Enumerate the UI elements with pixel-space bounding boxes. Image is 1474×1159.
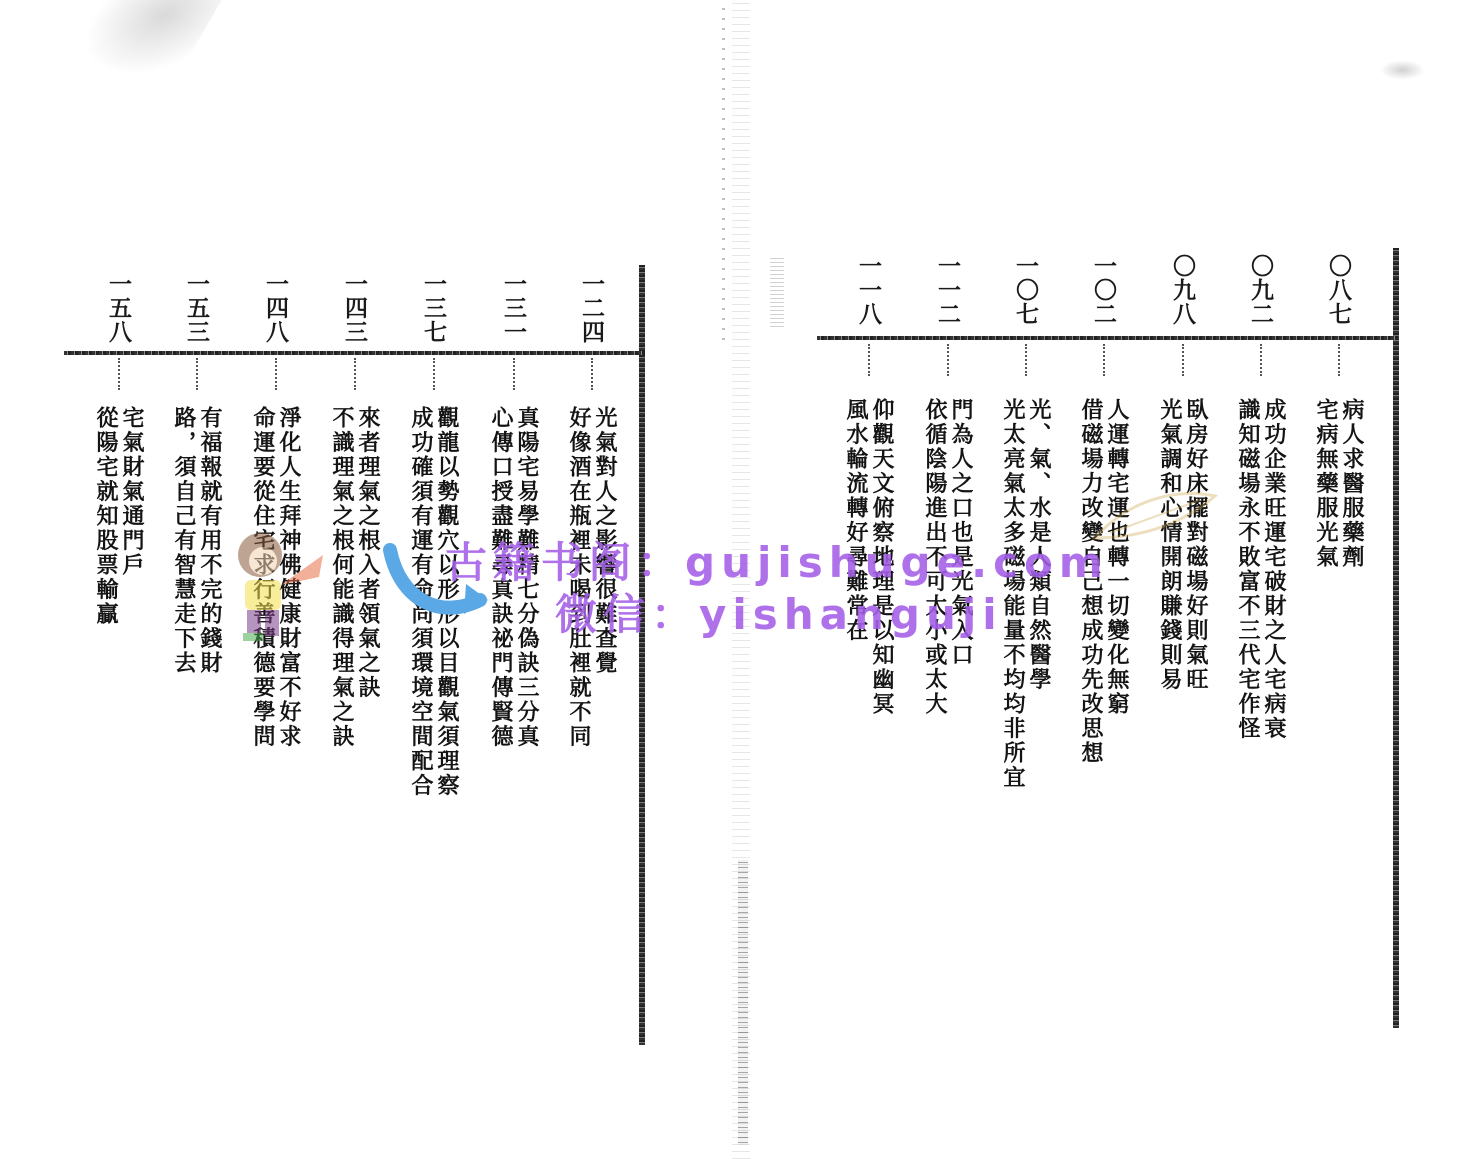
page-number: 〇八七 (1326, 254, 1350, 326)
entry-text-line: 病人求醫服藥劑 (1338, 398, 1364, 570)
entry-text-line: 好像酒在瓶裡未喝到肚裡就不同 (565, 406, 591, 749)
dotted-leader (513, 358, 515, 390)
entry-text-line: 來者理氣之根入者領氣之訣 (354, 406, 380, 700)
entry-text-line: 借磁場力改變自己想成功先改思想 (1077, 398, 1103, 766)
entry-text-line: 臥房好床擺對磁場好則氣旺 (1182, 398, 1208, 692)
dotted-leader (1182, 344, 1184, 376)
entry-text-line: 真陽宅易學難精七分偽訣三分真 (513, 406, 539, 749)
page-number: 一〇二 (1091, 254, 1115, 326)
page-number: 一二四 (579, 272, 603, 344)
page-number: 一四八 (263, 272, 287, 344)
entry-text-line: 門為人之口也是光氣入口 (947, 398, 973, 668)
dotted-leader (118, 358, 120, 390)
page-number: 一〇七 (1013, 254, 1037, 326)
dotted-leader (433, 358, 435, 390)
entry-text-line: 宅氣財氣通門戶 (118, 406, 144, 578)
page-number: 一一二 (935, 254, 959, 326)
dotted-leader (947, 344, 949, 376)
entry-text-line: 依循陰陽進出不可太小或太大 (921, 398, 947, 717)
entry-text-line: 路，須自己有智慧走下去 (170, 406, 196, 676)
entry-text-line: 光太亮氣太多磁場能量不均均非所宜 (999, 398, 1025, 790)
page-number: 〇九二 (1248, 254, 1272, 326)
dotted-leader (196, 358, 198, 390)
page-number: 一五三 (184, 272, 208, 344)
page-number: 一五八 (106, 272, 130, 344)
table-frame-header-rule (817, 336, 1399, 340)
dotted-leader (1103, 344, 1105, 376)
table-frame-right-rule (1393, 248, 1399, 1028)
entry-text-line: 觀龍以勢觀穴以形形以目觀氣須理察 (433, 406, 459, 798)
dotted-leader (354, 358, 356, 390)
dotted-leader (1338, 344, 1340, 376)
entry-text-line: 宅病無藥服光氣 (1312, 398, 1338, 570)
entry-text-line: 仰觀天文俯察地理是以知幽冥 (868, 398, 894, 717)
entry-text-line: 不識理氣之根何能識得理氣之訣 (328, 406, 354, 749)
entry-text-line: 人運轉宅運也轉一切變化無窮 (1103, 398, 1129, 717)
entry-text-line: 識知磁場永不敗富不三代宅作怪 (1234, 398, 1260, 741)
entry-text-line: 光氣調和心情開朗賺錢則易 (1156, 398, 1182, 692)
dotted-leader (868, 344, 870, 376)
page-number: 一四三 (342, 272, 366, 344)
dotted-leader (591, 358, 593, 390)
table-frame-right-rule (639, 265, 645, 1045)
entry-text-line: 成功確須有運有命尚須環境空間配合 (407, 406, 433, 798)
dotted-leader (1025, 344, 1027, 376)
page-number: 一一八 (856, 254, 880, 326)
entry-text-line: 成功企業旺運宅破財之人宅病衰 (1260, 398, 1286, 741)
dotted-leader (1260, 344, 1262, 376)
entry-text-line: 從陽宅就知股票輸贏 (92, 406, 118, 627)
entry-text-line: 心傳口授盡難尋真訣祕門傳賢德 (487, 406, 513, 749)
page-number: 一三七 (421, 272, 445, 344)
entry-text-line: 光、氣、水是人類自然醫學 (1025, 398, 1051, 692)
page-number: 〇九八 (1170, 254, 1194, 326)
page-number: 一三一 (501, 272, 525, 344)
entry-text-line: 光氣對人之影響很難查覺 (591, 406, 617, 676)
entry-text-line: 命運要從住宅求行善積德要學問 (249, 406, 275, 749)
dotted-leader (275, 358, 277, 390)
book-spread: 一二四光氣對人之影響很難查覺好像酒在瓶裡未喝到肚裡就不同一三一真陽宅易學難精七分… (0, 0, 1474, 1159)
entry-text-line: 淨化人生拜神佛健康財富不好求 (275, 406, 301, 749)
table-frame-header-rule (64, 351, 645, 355)
entry-text-line: 風水輪流轉好尋難常在 (842, 398, 868, 643)
entry-text-line: 有福報就有用不完的錢財 (196, 406, 222, 676)
